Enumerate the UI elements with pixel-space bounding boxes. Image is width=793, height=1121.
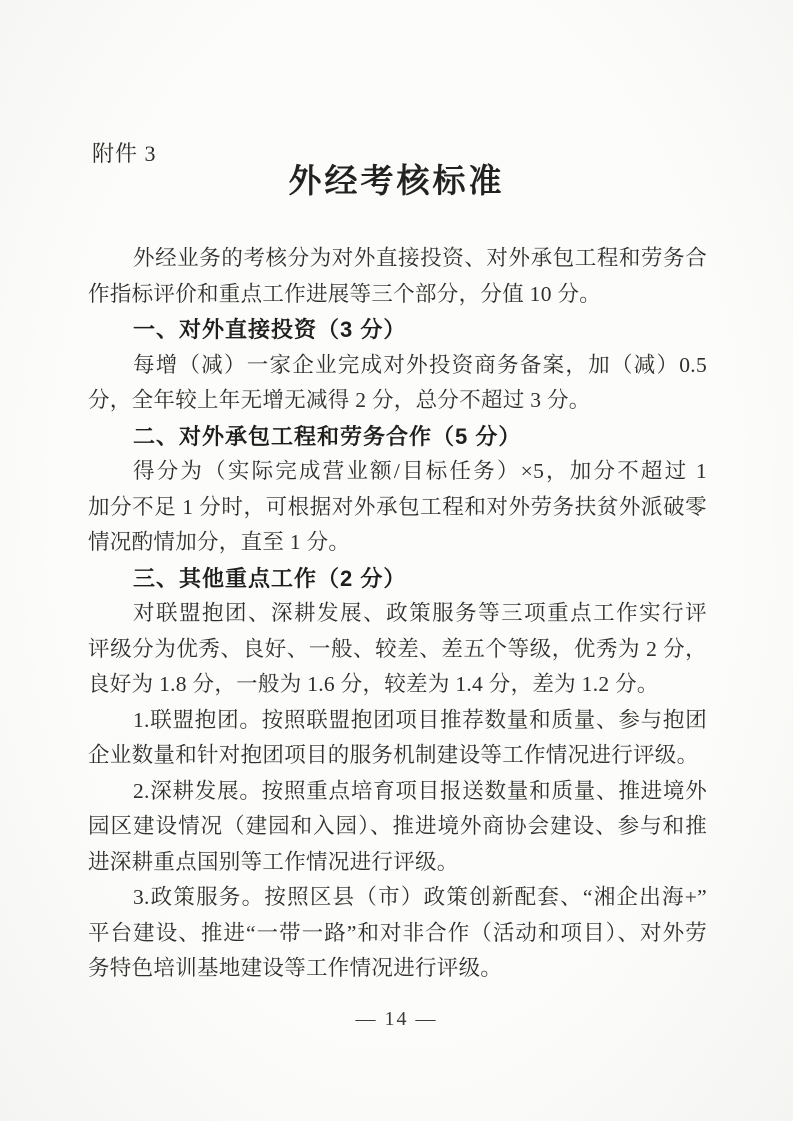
body-line: 对联盟抱团、深耕发展、政策服务等三项重点工作实行评级， bbox=[88, 596, 707, 632]
body-line: 1.联盟抱团。按照联盟抱团项目推荐数量和质量、参与抱团 bbox=[88, 703, 707, 739]
body-line: 良好为 1.8 分，一般为 1.6 分，较差为 1.4 分，差为 1.2 分。 bbox=[88, 667, 707, 703]
body-line: 企业数量和针对抱团项目的服务机制建设等工作情况进行评级。 bbox=[88, 738, 707, 774]
body-line: 平台建设、推进“一带一路”和对非合作（活动和项目）、对外劳 bbox=[88, 916, 707, 952]
body-line: 每增（减）一家企业完成对外投资商务备案，加（减）0.5 bbox=[88, 348, 707, 384]
document-body: 外经业务的考核分为对外直接投资、对外承包工程和劳务合 作指标评价和重点工作进展等… bbox=[88, 241, 707, 987]
body-line: 2.深耕发展。按照重点培育项目报送数量和质量、推进境外 bbox=[88, 774, 707, 810]
scanned-document-page: 附件 3 外经考核标准 外经业务的考核分为对外直接投资、对外承包工程和劳务合 作… bbox=[0, 0, 793, 1121]
body-line: 分，全年较上年无增无减得 2 分，总分不超过 3 分。 bbox=[88, 383, 707, 419]
body-line: 评级分为优秀、良好、一般、较差、差五个等级，优秀为 2 分， bbox=[88, 632, 707, 668]
section-heading-3: 三、其他重点工作（2 分） bbox=[88, 561, 707, 597]
body-line: 得分为（实际完成营业额/目标任务）×5，加分不超过 1 分。 bbox=[88, 454, 707, 490]
body-line: 务特色培训基地建设等工作情况进行评级。 bbox=[88, 951, 707, 987]
body-line: 园区建设情况（建园和入园）、推进境外商协会建设、参与和推 bbox=[88, 809, 707, 845]
body-line: 外经业务的考核分为对外直接投资、对外承包工程和劳务合 bbox=[88, 241, 707, 277]
section-heading-2: 二、对外承包工程和劳务合作（5 分） bbox=[88, 419, 707, 455]
page-number: — 14 — bbox=[0, 1005, 793, 1033]
body-line: 作指标评价和重点工作进展等三个部分，分值 10 分。 bbox=[88, 277, 707, 313]
section-heading-1: 一、对外直接投资（3 分） bbox=[88, 312, 707, 348]
body-line: 3.政策服务。按照区县（市）政策创新配套、“湘企出海+” bbox=[88, 880, 707, 916]
body-line: 进深耕重点国别等工作情况进行评级。 bbox=[88, 845, 707, 881]
document-title: 外经考核标准 bbox=[0, 161, 793, 203]
body-line: 加分不足 1 分时，可根据对外承包工程和对外劳务扶贫外派破零 bbox=[88, 490, 707, 526]
body-line: 情况酌情加分，直至 1 分。 bbox=[88, 525, 707, 561]
